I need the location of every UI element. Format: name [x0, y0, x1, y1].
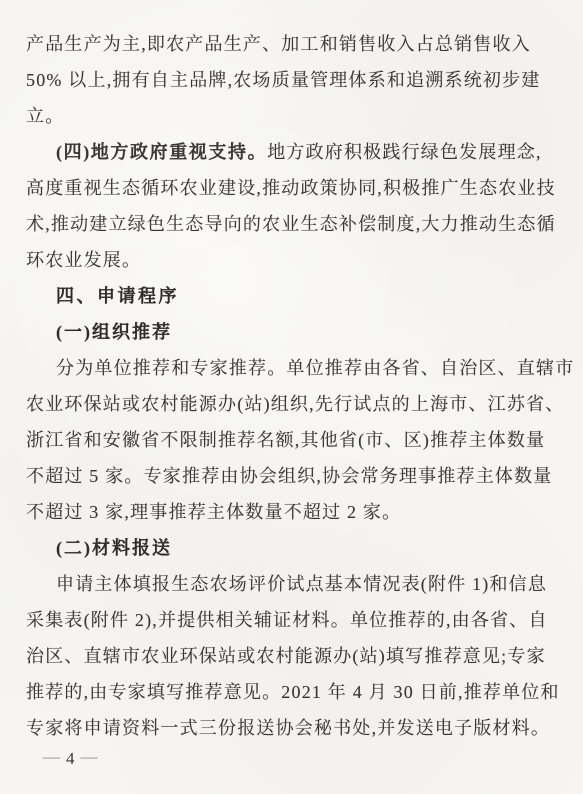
body-line: 推荐的,由专家填写推荐意见。2021 年 4 月 30 日前,推荐单位和 [26, 674, 527, 710]
body-line: 术,推动建立绿色生态导向的农业生态补偿制度,大力推动生态循 [26, 206, 527, 242]
document-page: 产品生产为主,即农产品生产、加工和销售收入占总销售收入 50% 以上,拥有自主品… [26, 26, 527, 746]
body-line: 治区、直辖市农业环保站或农村能源办(站)填写推荐意见;专家 [26, 638, 527, 674]
body-line: 环农业发展。 [26, 242, 527, 278]
body-line: 浙江省和安徽省不限制推荐名额,其他省(市、区)推荐主体数量 [26, 422, 527, 458]
page-number-value: 4 [66, 749, 75, 768]
body-line: 申请主体填报生态农场评价试点基本情况表(附件 1)和信息 [26, 566, 527, 602]
body-line: (四)地方政府重视支持。地方政府积极践行绿色发展理念, [26, 134, 527, 170]
page-number-dash: — [81, 747, 98, 766]
subsection-heading: (一)组织推荐 [26, 314, 527, 350]
paragraph-text: 地方政府积极践行绿色发展理念, [267, 142, 542, 162]
paragraph-lead-bold: (四)地方政府重视支持。 [56, 142, 267, 162]
body-line: 农业环保站或农村能源办(站)组织,先行试点的上海市、江苏省、 [26, 386, 527, 422]
body-line: 不超过 5 家。专家推荐由协会组织,协会常务理事推荐主体数量 [26, 458, 527, 494]
body-line: 高度重视生态循环农业建设,推动政策协同,积极推广生态农业技 [26, 170, 527, 206]
body-line: 采集表(附件 2),并提供相关辅证材料。单位推荐的,由各省、自 [26, 602, 527, 638]
body-line: 专家将申请资料一式三份报送协会秘书处,并发送电子版材料。 [26, 710, 527, 746]
body-line: 不超过 3 家,理事推荐主体数量不超过 2 家。 [26, 494, 527, 530]
body-line: 50% 以上,拥有自主品牌,农场质量管理体系和追溯系统初步建 [26, 62, 527, 98]
body-line: 立。 [26, 98, 527, 134]
page-number-dash: — [43, 747, 60, 766]
page-number: —4— [37, 749, 104, 769]
body-line: 分为单位推荐和专家推荐。单位推荐由各省、自治区、直辖市 [26, 350, 527, 386]
subsection-heading: (二)材料报送 [26, 530, 527, 566]
body-line: 产品生产为主,即农产品生产、加工和销售收入占总销售收入 [26, 26, 527, 62]
section-heading: 四、申请程序 [26, 278, 527, 314]
